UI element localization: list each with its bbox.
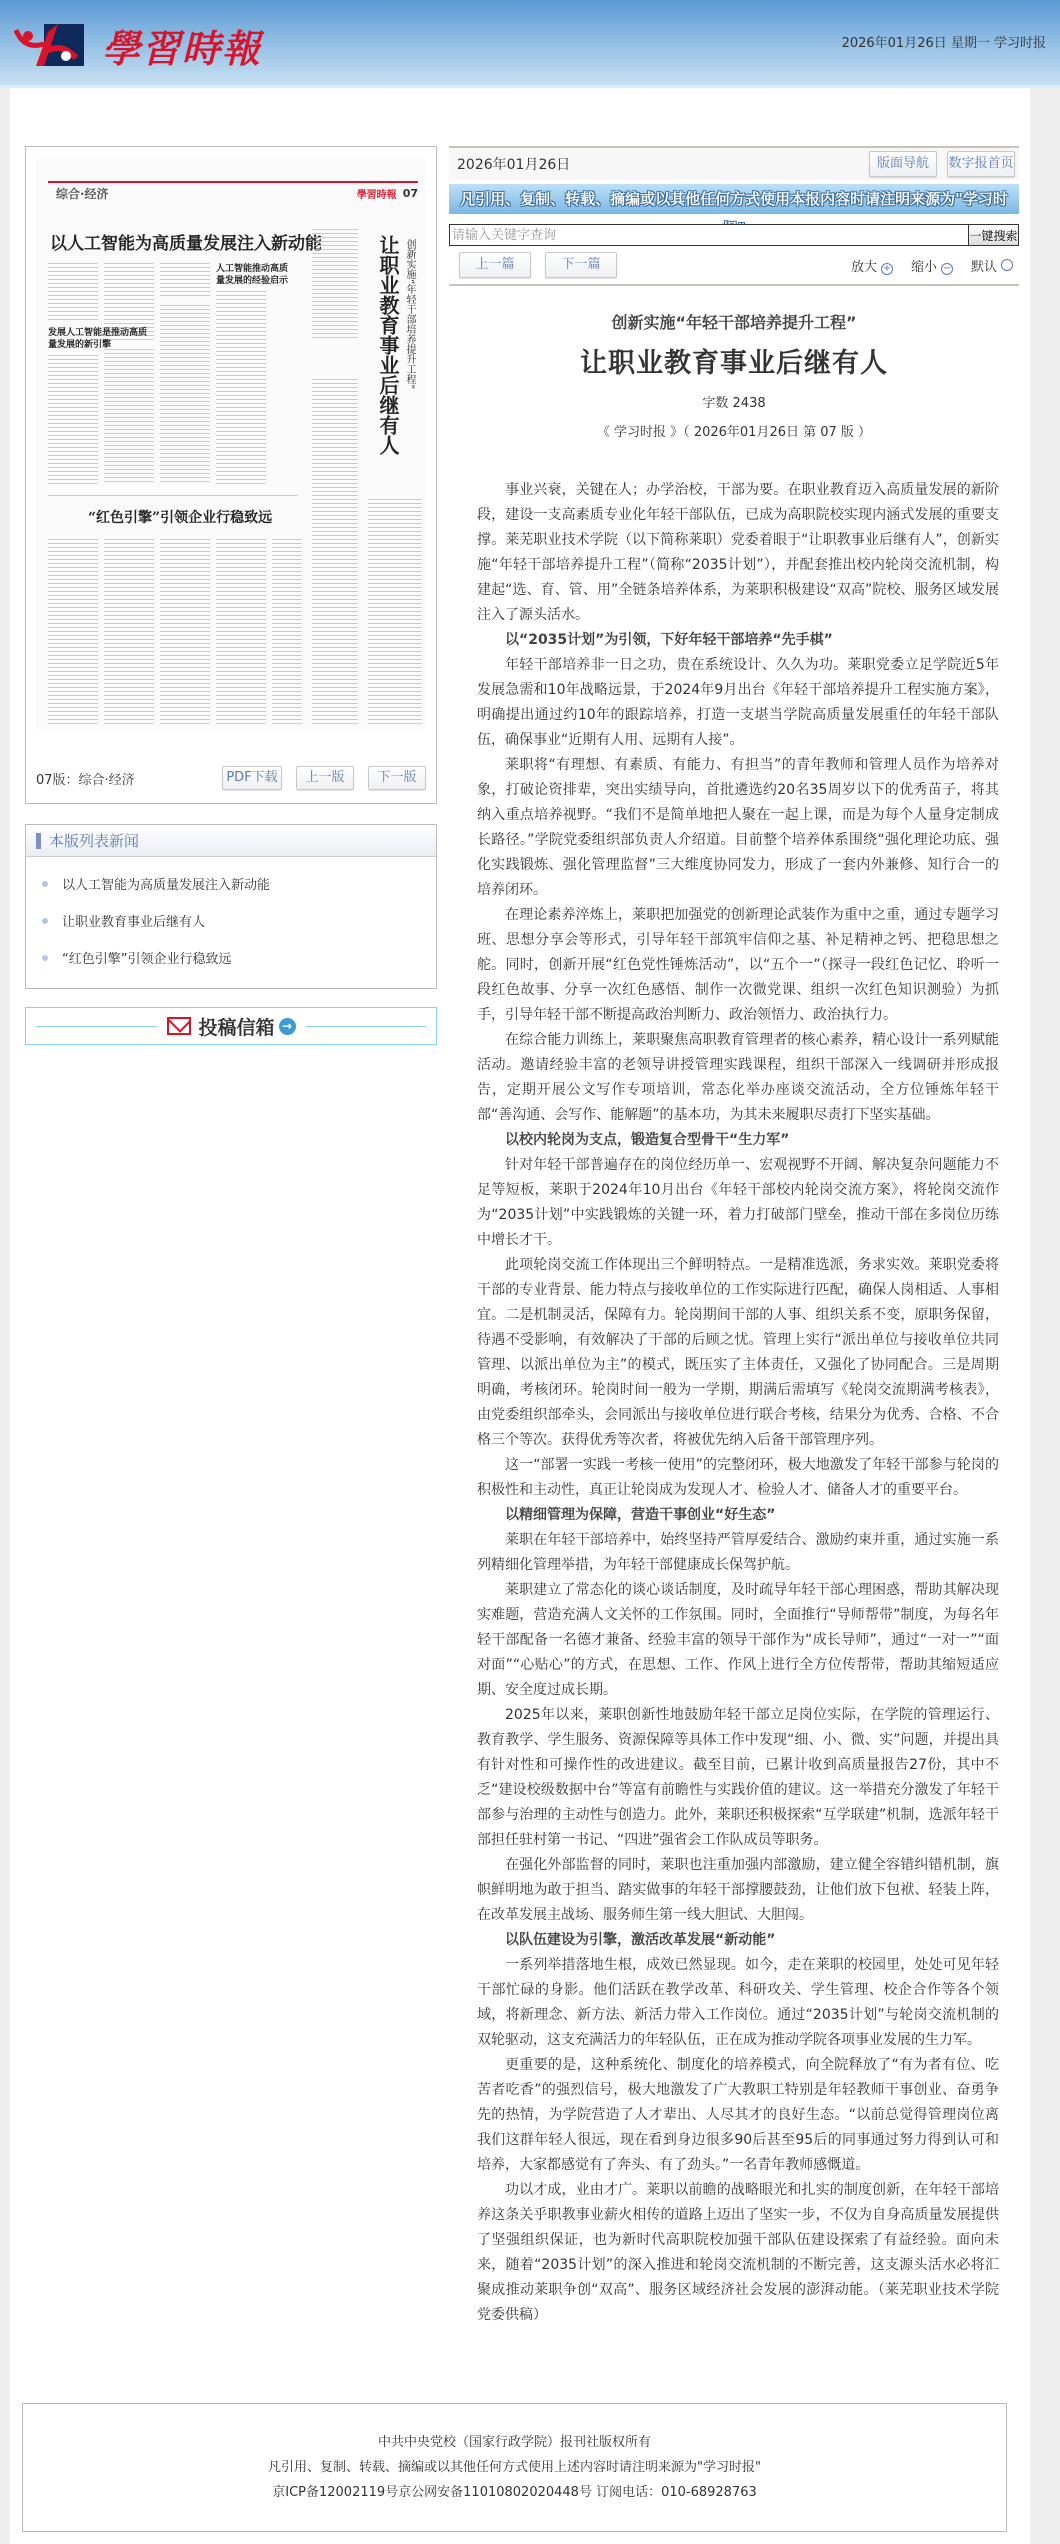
article-paragraph: 莱职将“有理想、有素质、有能力、有担当”的青年教师和管理人员作为培养对象，打破论… [477, 753, 999, 903]
search-button[interactable]: 一键搜索 [969, 224, 1019, 246]
divider-line [306, 1026, 427, 1027]
font-size-controls: 放大+ 缩小− 默认 [851, 256, 1019, 275]
site-logo[interactable]: 學習時報 [14, 20, 262, 70]
news-list-item-label: 让职业教育事业后继有人 [62, 911, 205, 930]
arrow-right-circle-icon: → [279, 1018, 296, 1035]
article-paragraph: 这一“部署一实践一考核一使用”的完整闭环，极大地激发了年轻干部参与轮岗的积极性和… [477, 1453, 999, 1503]
site-footer: 中共中央党校（国家行政学院）报刊社版权所有 凡引用、复制、转载、摘编或以其他任何… [22, 2403, 1007, 2532]
article-title: 让职业教育事业后继有人 [449, 341, 1019, 380]
pdf-download-button[interactable]: PDF下载 [222, 766, 282, 790]
article-paragraph: 更重要的是，这种系统化、制度化的培养模式，向全院释放了“有为者有位、吃苦者吃香”… [477, 2053, 999, 2178]
date-toolbar: 2026年01月26日 版面导航 数字报首页 [449, 148, 1019, 180]
article-subtitle: 创新实施“年轻干部培养提升工程” [449, 310, 1019, 333]
envelope-icon [167, 1017, 191, 1035]
article-paragraph: 针对年轻干部普遍存在的岗位经历单一、宏观视野不开阔、解决复杂问题能力不足等短板，… [477, 1153, 999, 1253]
paper-footer: 07版：综合·经济 PDF下载 上一版 下一版 [36, 765, 426, 791]
paper-col-head-1: 人工智能推动高质量发展的经验启示 [216, 263, 296, 287]
bullet-icon [42, 918, 48, 924]
article-paragraph: 年轻干部培养非一日之功，贵在系统设计、久久为功。莱职党委立足学院近5年发展急需和… [477, 653, 999, 753]
zoom-default-label: 默认 [971, 260, 997, 275]
prev-page-button[interactable]: 上一版 [296, 766, 354, 790]
zoom-in-control[interactable]: 放大+ [851, 256, 893, 275]
issue-date: 2026年01月26日 [457, 154, 570, 174]
minus-circle-icon: − [941, 263, 953, 275]
right-column: 2026年01月26日 版面导航 数字报首页 凡引用、复制、转载、摘编或以其他任… [449, 146, 1019, 2328]
paper-masthead: 综合·经济 學習時報 07 [48, 181, 418, 203]
article-paragraph: 莱职在年轻干部培养中，始终坚持严管厚爱结合、激励约束并重，通过实施一系列精细化管… [477, 1528, 999, 1578]
plus-circle-icon: + [881, 263, 893, 275]
page-news-list: 本版列表新闻 以人工智能为高质量发展注入新动能 让职业教育事业后继有人 “红色引… [25, 824, 437, 989]
submission-mailbox-button[interactable]: 投稿信箱 → [25, 1007, 437, 1045]
word-count: 字数 2438 [449, 392, 1019, 411]
zoom-out-label: 缩小 [911, 260, 937, 275]
article-paragraph: 在理论素养淬炼上，莱职把加强党的创新理论武装作为重中之重，通过专题学习班、思想分… [477, 903, 999, 1028]
news-list-item[interactable]: 以人工智能为高质量发展注入新动能 [26, 865, 436, 902]
page-container: 综合·经济 學習時報 07 以人工智能为高质量发展注入新动能 人工智能推动高质量… [10, 88, 1030, 2544]
news-list-item[interactable]: 让职业教育事业后继有人 [26, 902, 436, 939]
footer-notice: 凡引用、复制、转载、摘编或以其他任何方式使用上述内容时请注明来源为"学习时报" [23, 2455, 1006, 2480]
article-paragraph: 在综合能力训练上，莱职聚焦高职教育管理者的核心素养，精心设计一系列赋能活动。邀请… [477, 1028, 999, 1128]
zoom-default-control[interactable]: 默认 [971, 256, 1013, 275]
paper-headline-vertical[interactable]: 让职业教育事业后继有人 [376, 235, 400, 455]
paper-section-name: 综合·经济 [56, 185, 109, 202]
article-section-heading: 以精细管理为保障，营造干事创业“好生态” [477, 1503, 999, 1528]
search-bar: 一键搜索 [449, 224, 1019, 246]
left-column: 综合·经济 學習時報 07 以人工智能为高质量发展注入新动能 人工智能推动高质量… [25, 146, 437, 2328]
news-list-item[interactable]: “红色引擎”引领企业行稳致远 [26, 939, 436, 976]
mailbox-label: 投稿信箱 [199, 1013, 275, 1040]
site-header: 學習時報 2026年01月26日 星期一 学习时报 [0, 0, 1060, 88]
paper-brand: 學習時報 [357, 186, 397, 201]
title-bar-icon [36, 833, 41, 849]
zoom-in-label: 放大 [851, 260, 877, 275]
article-paragraph: 功以才成，业由才广。莱职以前瞻的战略眼光和扎实的制度创新，在年轻干部培养这条关乎… [477, 2178, 999, 2328]
newspaper-page-panel: 综合·经济 學習時報 07 以人工智能为高质量发展注入新动能 人工智能推动高质量… [25, 146, 437, 804]
paper-page-number: 07 [403, 187, 418, 200]
article-section-heading: 以队伍建设为引擎，激活改革发展“新动能” [477, 1928, 999, 1953]
layout-nav-button[interactable]: 版面导航 [869, 151, 937, 177]
paper-col-head-2: 发展人工智能是推动高质量发展的新引擎 [48, 327, 148, 351]
bullet-icon [42, 881, 48, 887]
page-label: 07版：综合·经济 [36, 769, 135, 788]
article-source: 《 学习时报 》（ 2026年01月26日 第 07 版 ） [449, 421, 1019, 440]
news-list-header: 本版列表新闻 [26, 825, 436, 857]
paper-subhead-vertical: 创新实施“年轻干部培养提升工程” [402, 239, 417, 389]
digital-home-button[interactable]: 数字报首页 [947, 151, 1015, 177]
article-paragraph: 在强化外部监督的同时，莱职也注重加强内部激励，建立健全容错纠错机制，旗帜鲜明地为… [477, 1853, 999, 1928]
article-section-heading: 以校内轮岗为支点，锻造复合型骨干“生力军” [477, 1128, 999, 1153]
divider-line [36, 1026, 157, 1027]
bullet-icon [42, 955, 48, 961]
paper-headline-main[interactable]: 以人工智能为高质量发展注入新动能 [50, 229, 322, 254]
news-list-item-label: 以人工智能为高质量发展注入新动能 [62, 874, 270, 893]
paper-headline-second[interactable]: “红色引擎”引领企业行稳致远 [88, 507, 272, 527]
footer-icp: 京ICP备12002119号京公网安备11010802020448号 订阅电话：… [23, 2480, 1006, 2505]
article-paragraph: 2025年以来，莱职创新性地鼓励年轻干部立足岗位实际，在学院的管理运行、教育教学… [477, 1703, 999, 1853]
news-list-title: 本版列表新闻 [49, 830, 139, 851]
news-list-item-label: “红色引擎”引领企业行稳致远 [62, 948, 231, 967]
article-paragraph: 莱职建立了常态化的谈心谈话制度，及时疏导年轻干部心理困惑，帮助其解决现实难题，营… [477, 1578, 999, 1703]
copyright-notice-banner: 凡引用、复制、转载、摘编或以其他任何方式使用本报内容时请注明来源为"学习时报" [449, 184, 1019, 214]
logo-text: 學習時報 [102, 18, 262, 73]
article-paragraph: 一系列举措落地生根，成效已然显现。如今，走在莱职的校园里，处处可见年轻干部忙碌的… [477, 1953, 999, 2053]
article-paragraph: 事业兴衰，关键在人；办学治校，干部为要。在职业教育迈入高质量发展的新阶段，建设一… [477, 478, 999, 628]
header-date: 2026年01月26日 星期一 学习时报 [842, 32, 1046, 51]
article-nav-bar: 上一篇 下一篇 放大+ 缩小− 默认 [449, 246, 1019, 286]
article-body: 事业兴衰，关键在人；办学治校，干部为要。在职业教育迈入高质量发展的新阶段，建设一… [449, 440, 1019, 2328]
article-section-heading: 以“2035计划”为引领，下好年轻干部培养“先手棋” [477, 628, 999, 653]
search-input[interactable] [449, 224, 969, 246]
prev-article-button[interactable]: 上一篇 [459, 252, 531, 278]
article-paragraph: 此项轮岗交流工作体现出三个鲜明特点。一是精准选派，务求实效。莱职党委将干部的专业… [477, 1253, 999, 1453]
circle-icon [1001, 259, 1013, 271]
next-page-button[interactable]: 下一版 [368, 766, 426, 790]
footer-copyright: 中共中央党校（国家行政学院）报刊社版权所有 [23, 2430, 1006, 2455]
zoom-out-control[interactable]: 缩小− [911, 256, 953, 275]
newspaper-page-image[interactable]: 综合·经济 學習時報 07 以人工智能为高质量发展注入新动能 人工智能推动高质量… [36, 159, 426, 729]
next-article-button[interactable]: 下一篇 [545, 252, 617, 278]
logo-mark-icon [14, 22, 86, 68]
